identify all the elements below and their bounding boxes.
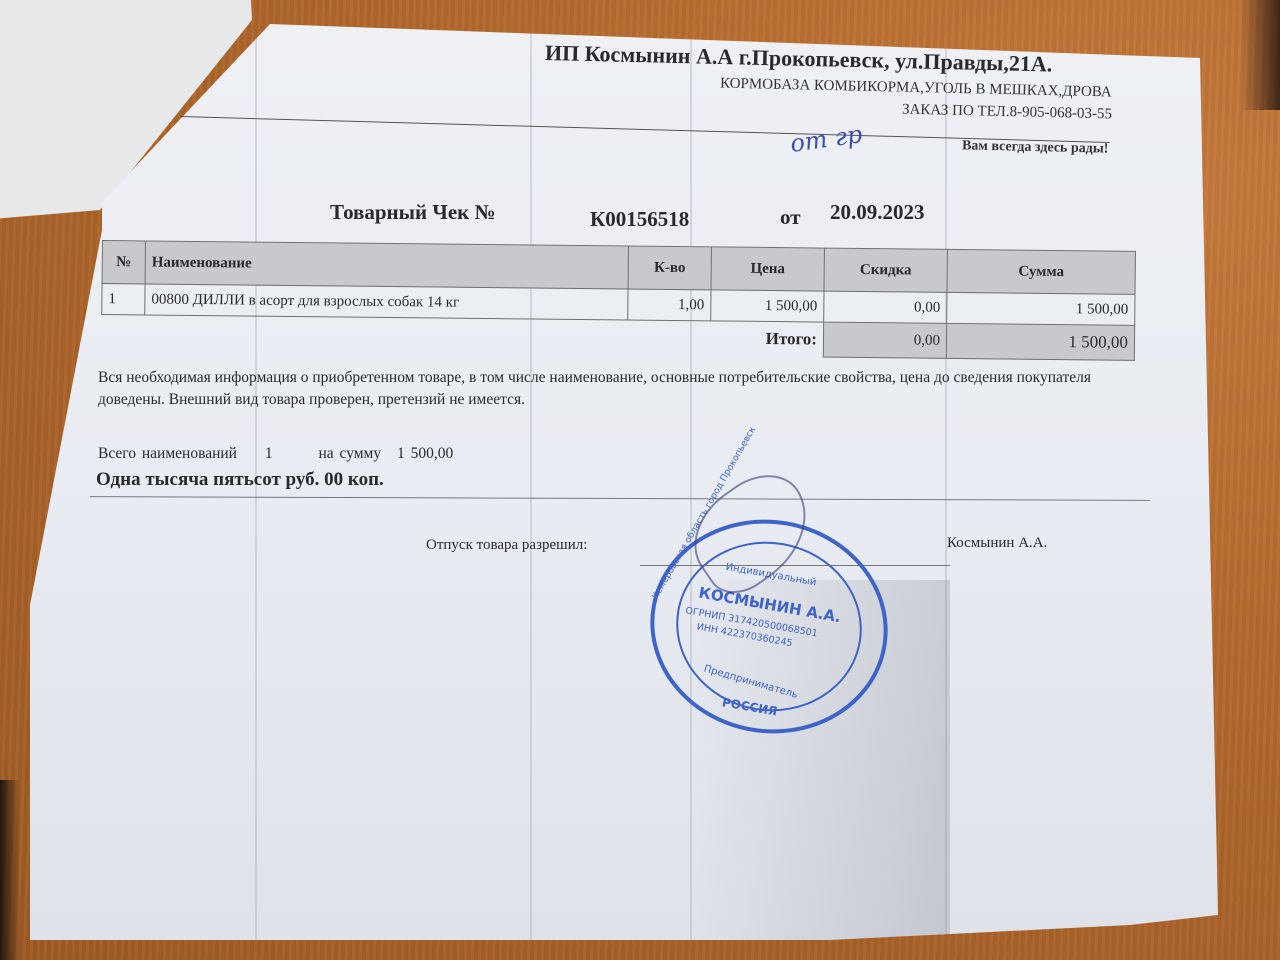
row-number: 1 [102,284,145,315]
row-sum: 1 500,00 [947,292,1135,325]
total-sum: 1 500,00 [946,323,1134,360]
items-table: № Наименование К-во Цена Скидка Сумма 1 … [101,240,1136,361]
company-name: ИП Космынин А.А г.Прокопьевск, ул.Правды… [545,40,1053,78]
company-services: КОРМОБАЗА КОМБИКОРМА,УГОЛЬ В МЕШКАХ,ДРОВ… [720,76,1112,102]
amount-in-words: Одна тысяча пятьсот руб. 00 коп. [96,469,384,491]
summary-line: Всего наименований 1 на сумму 1 500,00 [98,445,475,463]
items-count-label: Всего наименований [98,445,237,462]
receipt-content: ИП Космынин А.А г.Прокопьевск, ул.Правды… [0,0,1280,960]
receipt-date: 20.09.2023 [830,200,925,225]
column-header-number: № [102,241,145,284]
release-name: Космынин А.А. [947,535,1047,552]
sum-label: на сумму [318,445,381,462]
handwritten-note: от гр [788,120,864,158]
column-header-quantity: К-во [628,246,711,290]
row-item-name: 00800 ДИЛЛИ в асорт для взрослых собак 1… [145,284,628,320]
row-discount: 0,00 [824,291,947,323]
row-quantity: 1,00 [628,289,711,321]
column-header-price: Цена [711,247,824,291]
blank-cell [144,315,627,355]
greeting-text: Вам всегда здесь рады! [962,138,1109,157]
blank-cell [627,320,710,356]
column-header-discount: Скидка [824,248,947,292]
receipt-date-prefix: от [780,205,801,230]
section-divider [90,496,1150,501]
company-phone: ЗАКАЗ ПО ТЕЛ.8-905-068-03-55 [902,102,1112,124]
total-label: Итого: [710,321,823,357]
column-header-sum: Сумма [947,249,1135,294]
sum-value: 1 500,00 [397,445,453,462]
disclaimer-text: Вся необходимая информация о приобретенн… [98,367,1148,411]
blank-cell [101,315,144,350]
receipt-title: Товарный Чек № [330,200,496,225]
release-label: Отпуск товара разрешил: [426,537,587,554]
receipt-number: К00156518 [590,207,689,232]
items-count: 1 [265,445,273,462]
column-header-name: Наименование [145,241,628,289]
total-discount: 0,00 [823,322,946,358]
row-price: 1 500,00 [711,290,824,322]
